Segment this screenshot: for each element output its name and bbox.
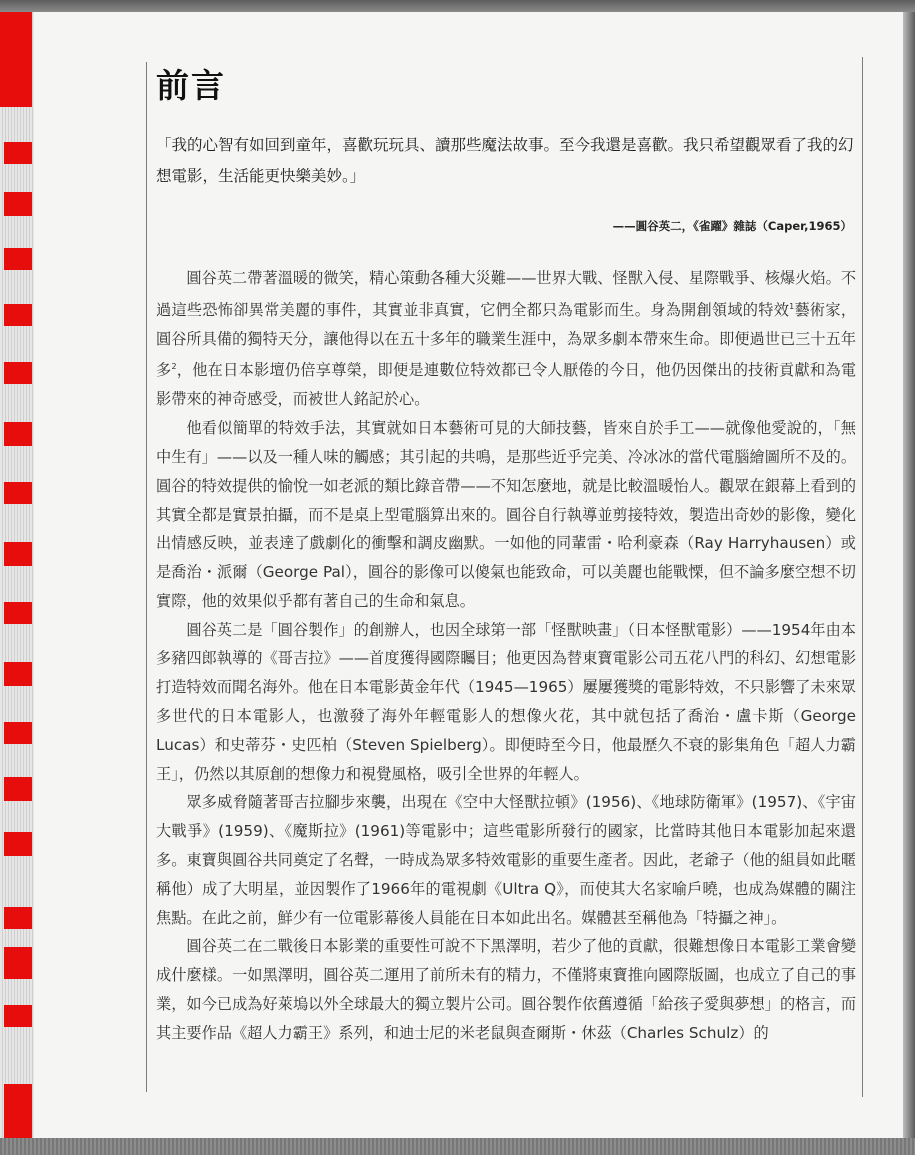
- index-tab: [4, 482, 32, 504]
- paragraph-text: 圓谷英二帶著溫暖的微笑，精心策動各種大災難——世界大戰、怪獸入侵、星際戰爭、核爆…: [156, 269, 856, 319]
- epigraph-quote: 「我的心智有如回到童年，喜歡玩玩具、讀那些魔法故事。至今我還是喜歡。我只希望觀眾…: [156, 130, 856, 192]
- scan-bottom-border: [0, 1138, 915, 1155]
- scan-top-border: [0, 0, 915, 12]
- index-tab: [4, 832, 32, 856]
- index-tab: [4, 662, 32, 686]
- paragraph: 眾多威脅隨著哥吉拉腳步來襲，出現在《空中大怪獸拉頓》(1956)、《地球防衛軍》…: [156, 788, 856, 932]
- index-tab: [4, 722, 32, 744]
- right-margin-rule: [862, 57, 863, 1097]
- paragraph: 圓谷英二在二戰後日本影業的重要性可說不下黑澤明，若少了他的貢獻，很難想像日本電影…: [156, 932, 856, 1047]
- paragraph: 圓谷英二是「圓谷製作」的創辦人，也因全球第一部「怪獸映畫」（日本怪獸電影）——1…: [156, 616, 856, 789]
- index-tab: [4, 192, 32, 216]
- index-tab: [0, 12, 32, 107]
- paragraph-text: ，他在日本影壇仍倍享尊榮，即便是連數位特效都已令人厭倦的今日，他仍因傑出的技術貢…: [156, 362, 856, 409]
- index-tab: [4, 1005, 32, 1027]
- index-tab: [4, 542, 32, 566]
- scan-right-shadow: [903, 12, 915, 1138]
- book-page: 前言 「我的心智有如回到童年，喜歡玩玩具、讀那些魔法故事。至今我還是喜歡。我只希…: [0, 12, 903, 1138]
- index-tab: [4, 777, 32, 801]
- index-tab: [4, 248, 32, 270]
- index-tab: [4, 304, 32, 326]
- index-tab: [4, 142, 32, 164]
- page-title: 前言: [156, 60, 226, 107]
- index-tab: [4, 1084, 32, 1138]
- paragraph: 圓谷英二帶著溫暖的微笑，精心策動各種大災難——世界大戰、怪獸入侵、星際戰爭、核爆…: [156, 264, 856, 414]
- index-tab: [4, 602, 32, 624]
- paragraph: 他看似簡單的特效手法，其實就如日本藝術可見的大師技藝，皆來自於手工——就像他愛說…: [156, 414, 856, 616]
- left-margin-rule: [146, 62, 147, 1092]
- index-tab: [4, 907, 32, 929]
- index-tab: [4, 362, 32, 384]
- epigraph-attribution: ——圓谷英二，《雀躍》雜誌（Caper,1965）: [613, 218, 852, 234]
- index-tab: [4, 947, 32, 979]
- body-text: 圓谷英二帶著溫暖的微笑，精心策動各種大災難——世界大戰、怪獸入侵、星際戰爭、核爆…: [156, 264, 856, 1048]
- index-tab: [4, 422, 32, 446]
